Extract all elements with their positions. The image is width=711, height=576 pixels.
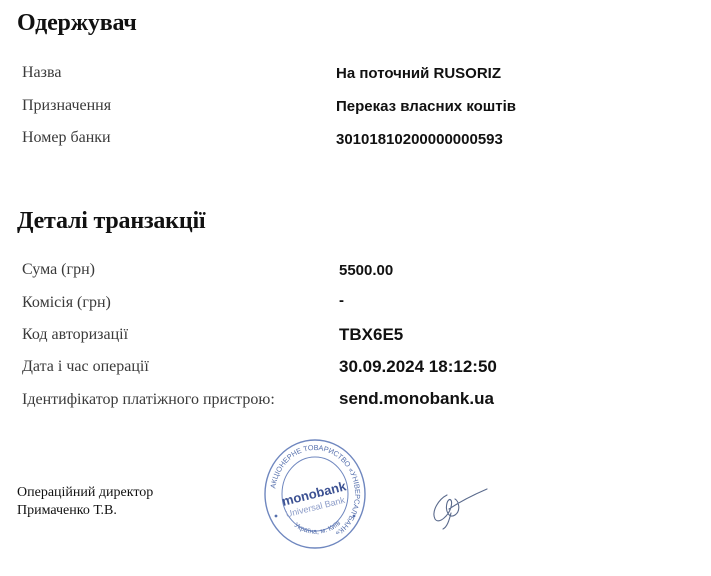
amount-value: 5500.00 — [339, 262, 393, 279]
signatory-name: Примаченко Т.В. — [17, 502, 117, 520]
bank-stamp: АКЦІОНЕРНЕ ТОВАРИСТВО «УНІВЕРСАЛ БАНК» У… — [263, 438, 367, 550]
signature-icon — [425, 485, 490, 530]
datetime-value: 30.09.2024 18:12:50 — [339, 357, 497, 377]
recipient-purpose-label: Призначення — [22, 97, 111, 115]
signatory-position: Операційний директор — [17, 484, 153, 502]
recipient-bank-number-value: 30101810200000000593 — [336, 131, 503, 148]
recipient-section-title: Одержувач — [17, 10, 137, 37]
recipient-name-label: Назва — [22, 64, 61, 82]
recipient-purpose-value: Переказ власних коштів — [336, 98, 516, 115]
datetime-label: Дата і час операції — [22, 358, 149, 376]
auth-code-label: Код авторизації — [22, 326, 128, 344]
commission-label: Комісія (грн) — [22, 294, 111, 312]
recipient-name-value: На поточний RUSORIZ — [336, 65, 501, 82]
transaction-section-title: Деталі транзакції — [17, 208, 205, 235]
stamp-bottom-text: Україна, м. Київ — [293, 520, 343, 536]
amount-label: Сума (грн) — [22, 261, 95, 279]
commission-value: - — [339, 292, 344, 309]
recipient-bank-number-label: Номер банки — [22, 129, 111, 147]
device-id-value: send.monobank.ua — [339, 389, 494, 409]
device-id-label: Ідентифікатор платіжного пристрою: — [22, 391, 275, 409]
auth-code-value: TBX6E5 — [339, 325, 403, 345]
